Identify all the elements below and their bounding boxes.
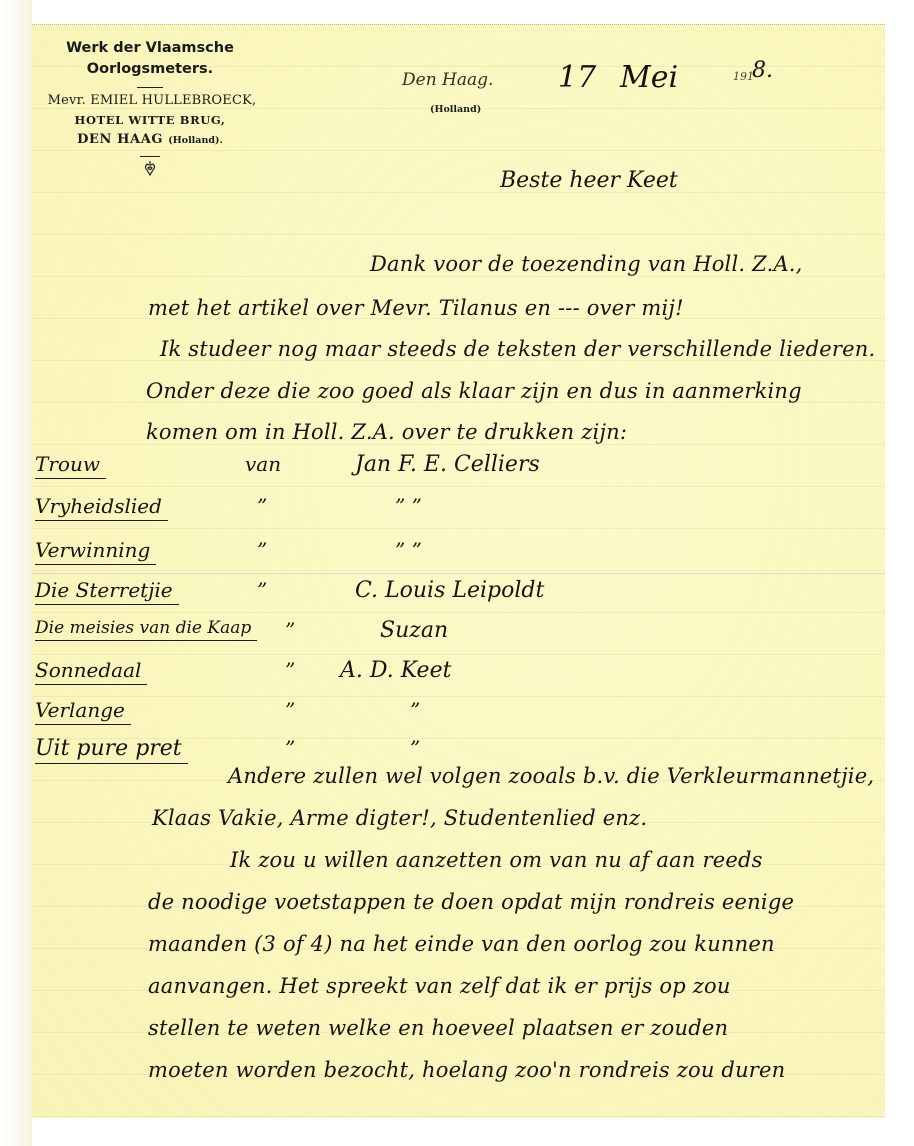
body-line: Onder deze die zoo goed als klaar zijn e… [146, 379, 802, 403]
song-author: ” ” [395, 494, 422, 518]
body-line: moeten worden bezocht, hoelang zoo'n ron… [148, 1058, 785, 1082]
song-author: ” ” [395, 538, 422, 562]
song-title: Verlange [35, 698, 131, 725]
dateline-place: Den Haag. [402, 70, 493, 90]
song-author: ” [410, 736, 420, 760]
body-line: de noodige voetstappen te doen opdat mij… [148, 890, 794, 914]
salutation: Beste heer Keet [500, 168, 678, 193]
body-line: Ik studeer nog maar steeds de teksten de… [160, 337, 875, 361]
body-line: Klaas Vakie, Arme digter!, Studentenlied… [152, 806, 647, 830]
song-author: Suzan [380, 618, 448, 643]
body-line: Ik zou u willen aanzetten om van nu af a… [230, 848, 763, 872]
song-by: ” [257, 494, 267, 518]
song-title: Trouw [35, 452, 106, 479]
song-title: Die Sterretjie [35, 578, 179, 605]
song-by: ” [257, 578, 267, 602]
song-by: ” [257, 538, 267, 562]
song-author: Jan F. E. Celliers [355, 452, 540, 477]
date-month: Mei [620, 60, 678, 95]
scan-edge [0, 0, 32, 1146]
letterhead-name: Mevr. EMIEL HULLEBROECK, [22, 92, 282, 110]
fold-crease [32, 573, 885, 575]
letterhead-org-line1: Werk der Vlaamsche [40, 38, 260, 59]
body-line: met het artikel over Mevr. Tilanus en --… [148, 296, 684, 320]
song-by: van [245, 452, 281, 476]
song-title: Die meisies van die Kaap [35, 618, 257, 641]
date-year-handwritten: 8. [752, 58, 773, 83]
ornament-icon [142, 160, 158, 180]
letterhead-city: DEN HAAG (Holland). [40, 132, 260, 147]
body-line: stellen te weten welke en hoeveel plaats… [148, 1016, 728, 1040]
letterhead-rule-2 [140, 156, 160, 157]
letterhead-hotel: HOTEL WITTE BRUG, [40, 113, 260, 127]
song-title: Sonnedaal [35, 658, 147, 685]
letterhead-city-name: DEN HAAG [77, 132, 163, 147]
dateline-place-sub: (Holland) [430, 104, 481, 115]
body-line: Andere zullen wel volgen zooals b.v. die… [228, 764, 874, 788]
song-author: C. Louis Leipoldt [355, 578, 544, 603]
song-author: A. D. Keet [340, 658, 451, 683]
body-line: maanden (3 of 4) na het einde van den oo… [148, 932, 775, 956]
date-day: 17 [558, 60, 596, 95]
song-title: Vryheidslied [35, 494, 168, 521]
song-title: Uit pure pret [35, 736, 188, 764]
letterhead-country: (Holland). [168, 135, 223, 146]
body-line: Dank voor de toezending van Holl. Z.A., [370, 252, 803, 276]
song-by: ” [285, 618, 295, 642]
song-by: ” [285, 698, 295, 722]
letterhead-org-line2: Oorlogsmeters. [40, 59, 260, 80]
letterhead-rule [137, 87, 163, 88]
song-by: ” [285, 736, 295, 760]
body-line: aanvangen. Het spreekt van zelf dat ik e… [148, 974, 731, 998]
song-author: ” [410, 698, 420, 722]
song-by: ” [285, 658, 295, 682]
date-year-printed: 191 [733, 70, 754, 83]
song-title: Verwinning [35, 538, 156, 565]
letterhead-organization: Werk der Vlaamsche Oorlogsmeters. [40, 38, 260, 80]
body-line: komen om in Holl. Z.A. over te drukken z… [146, 420, 627, 444]
